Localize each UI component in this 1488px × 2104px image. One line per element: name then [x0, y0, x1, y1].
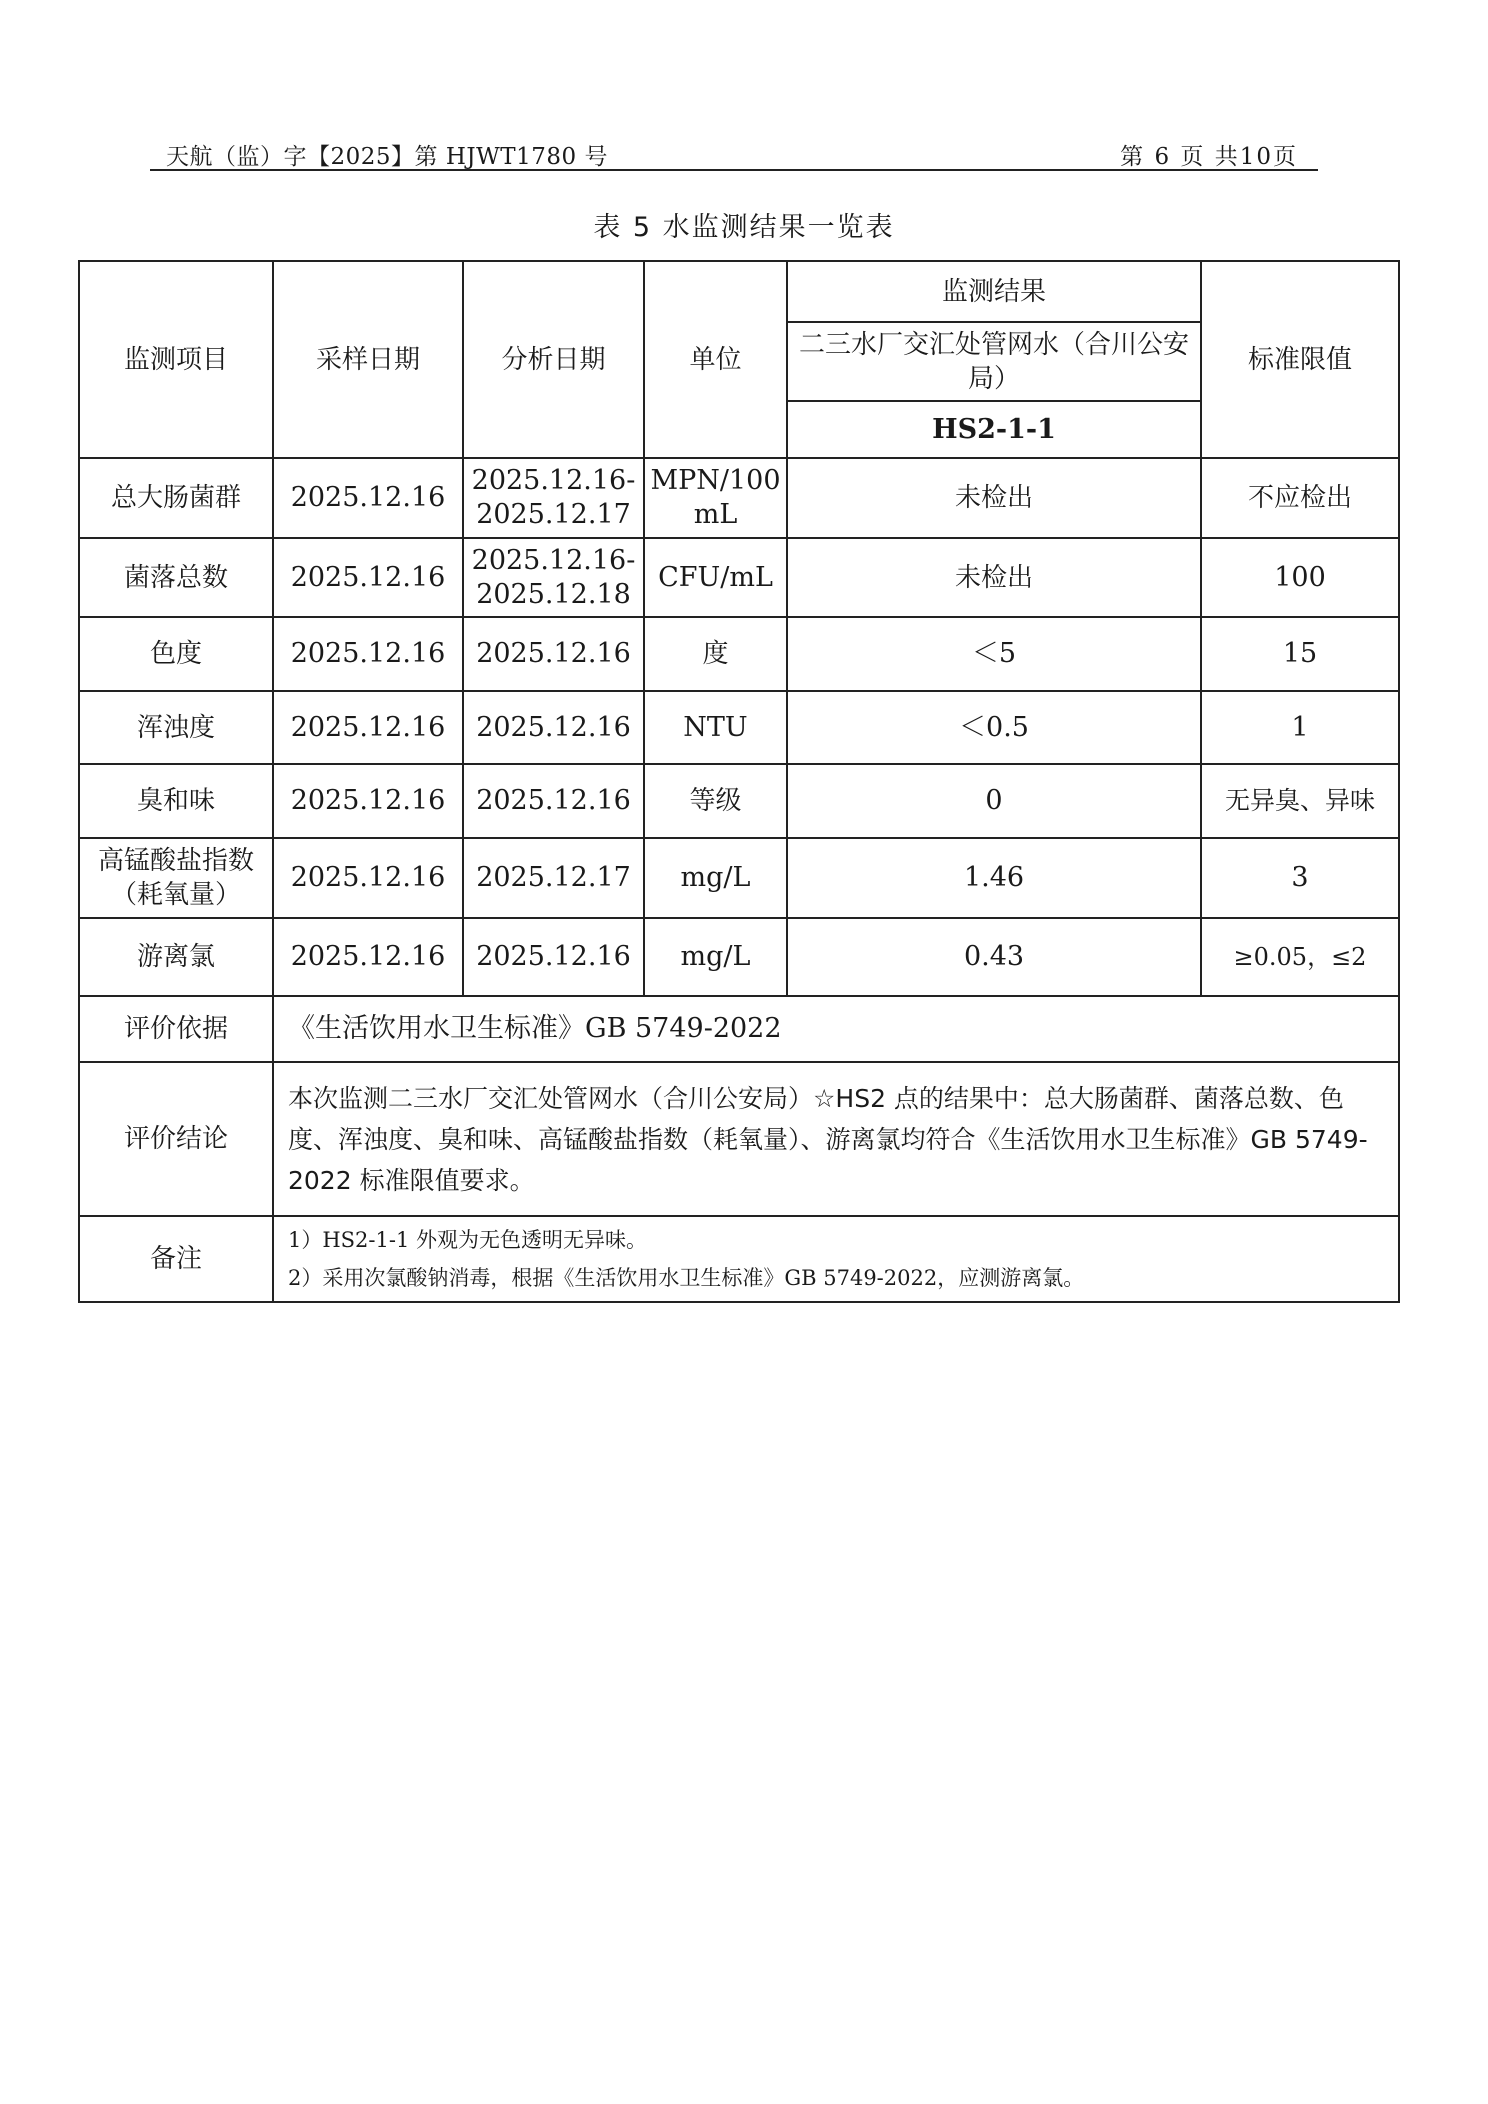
header-unit: 单位 [644, 261, 787, 458]
cell-limit: 15 [1201, 617, 1399, 691]
cell-analysis-date: 2025.12.16 [463, 617, 644, 691]
notes-label: 备注 [79, 1216, 273, 1302]
cell-item: 游离氯 [79, 918, 273, 996]
table-title: 表 5 水监测结果一览表 [0, 205, 1488, 244]
table-row: 色度 2025.12.16 2025.12.16 度 ＜5 15 [79, 617, 1399, 691]
cell-result: 未检出 [787, 538, 1201, 617]
cell-result: ＜0.5 [787, 691, 1201, 764]
cell-unit: mg/L [644, 918, 787, 996]
cell-result: 0 [787, 764, 1201, 838]
table-row: 臭和味 2025.12.16 2025.12.16 等级 0 无异臭、异味 [79, 764, 1399, 838]
table-row: 总大肠菌群 2025.12.16 2025.12.16-2025.12.17 M… [79, 458, 1399, 538]
page-header: 天航（监）字【2025】第 HJWT1780 号 第 6 页 共10页 [166, 138, 1316, 170]
cell-item: 高锰酸盐指数（耗氧量） [79, 838, 273, 918]
cell-limit: 不应检出 [1201, 458, 1399, 538]
cell-analysis-date: 2025.12.16-2025.12.17 [463, 458, 644, 538]
cell-unit: 度 [644, 617, 787, 691]
cell-limit: 100 [1201, 538, 1399, 617]
header-analysis-date: 分析日期 [463, 261, 644, 458]
cell-sampling-date: 2025.12.16 [273, 918, 463, 996]
cell-item: 菌落总数 [79, 538, 273, 617]
cell-limit: 1 [1201, 691, 1399, 764]
cell-sampling-date: 2025.12.16 [273, 538, 463, 617]
cell-item: 浑浊度 [79, 691, 273, 764]
conclusion-row: 评价结论 本次监测二三水厂交汇处管网水（合川公安局）☆HS2 点的结果中：总大肠… [79, 1062, 1399, 1216]
conclusion-value: 本次监测二三水厂交汇处管网水（合川公安局）☆HS2 点的结果中：总大肠菌群、菌落… [273, 1062, 1399, 1216]
header-site: 二三水厂交汇处管网水（合川公安局） [787, 322, 1201, 401]
cell-limit: 无异臭、异味 [1201, 764, 1399, 838]
cell-limit: 3 [1201, 838, 1399, 918]
basis-row: 评价依据 《生活饮用水卫生标准》GB 5749-2022 [79, 996, 1399, 1062]
basis-label: 评价依据 [79, 996, 273, 1062]
cell-sampling-date: 2025.12.16 [273, 764, 463, 838]
notes-value: 1）HS2-1-1 外观为无色透明无异味。 2）采用次氯酸钠消毒，根据《生活饮用… [273, 1216, 1399, 1302]
table-row: 游离氯 2025.12.16 2025.12.16 mg/L 0.43 ≥0.0… [79, 918, 1399, 996]
cell-analysis-date: 2025.12.16 [463, 764, 644, 838]
table-row: 浑浊度 2025.12.16 2025.12.16 NTU ＜0.5 1 [79, 691, 1399, 764]
cell-item: 总大肠菌群 [79, 458, 273, 538]
note-item: 2）采用次氯酸钠消毒，根据《生活饮用水卫生标准》GB 5749-2022，应测游… [288, 1259, 1394, 1297]
cell-analysis-date: 2025.12.17 [463, 838, 644, 918]
cell-unit: 等级 [644, 764, 787, 838]
cell-result: 0.43 [787, 918, 1201, 996]
header-result-group: 监测结果 [787, 261, 1201, 322]
header-sample-id: HS2-1-1 [787, 401, 1201, 458]
table-row: 高锰酸盐指数（耗氧量） 2025.12.16 2025.12.17 mg/L 1… [79, 838, 1399, 918]
header-sampling-date: 采样日期 [273, 261, 463, 458]
cell-analysis-date: 2025.12.16 [463, 918, 644, 996]
cell-sampling-date: 2025.12.16 [273, 691, 463, 764]
cell-result: 1.46 [787, 838, 1201, 918]
cell-unit: CFU/mL [644, 538, 787, 617]
conclusion-label: 评价结论 [79, 1062, 273, 1216]
cell-sampling-date: 2025.12.16 [273, 458, 463, 538]
cell-unit: MPN/100 mL [644, 458, 787, 538]
header-limit: 标准限值 [1201, 261, 1399, 458]
cell-sampling-date: 2025.12.16 [273, 617, 463, 691]
cell-analysis-date: 2025.12.16-2025.12.18 [463, 538, 644, 617]
header-rule [150, 169, 1318, 171]
header-item: 监测项目 [79, 261, 273, 458]
cell-unit: NTU [644, 691, 787, 764]
cell-result: ＜5 [787, 617, 1201, 691]
cell-item: 臭和味 [79, 764, 273, 838]
results-table: 监测项目 采样日期 分析日期 单位 监测结果 标准限值 二三水厂交汇处管网水（合… [78, 260, 1400, 1303]
cell-item: 色度 [79, 617, 273, 691]
note-item: 1）HS2-1-1 外观为无色透明无异味。 [288, 1221, 1394, 1259]
cell-sampling-date: 2025.12.16 [273, 838, 463, 918]
cell-limit: ≥0.05，≤2 [1201, 918, 1399, 996]
cell-analysis-date: 2025.12.16 [463, 691, 644, 764]
cell-result: 未检出 [787, 458, 1201, 538]
basis-value: 《生活饮用水卫生标准》GB 5749-2022 [273, 996, 1399, 1062]
document-number: 天航（监）字【2025】第 HJWT1780 号 [166, 138, 608, 171]
cell-unit: mg/L [644, 838, 787, 918]
page-number: 第 6 页 共10页 [1120, 138, 1298, 171]
notes-row: 备注 1）HS2-1-1 外观为无色透明无异味。 2）采用次氯酸钠消毒，根据《生… [79, 1216, 1399, 1302]
table-row: 菌落总数 2025.12.16 2025.12.16-2025.12.18 CF… [79, 538, 1399, 617]
